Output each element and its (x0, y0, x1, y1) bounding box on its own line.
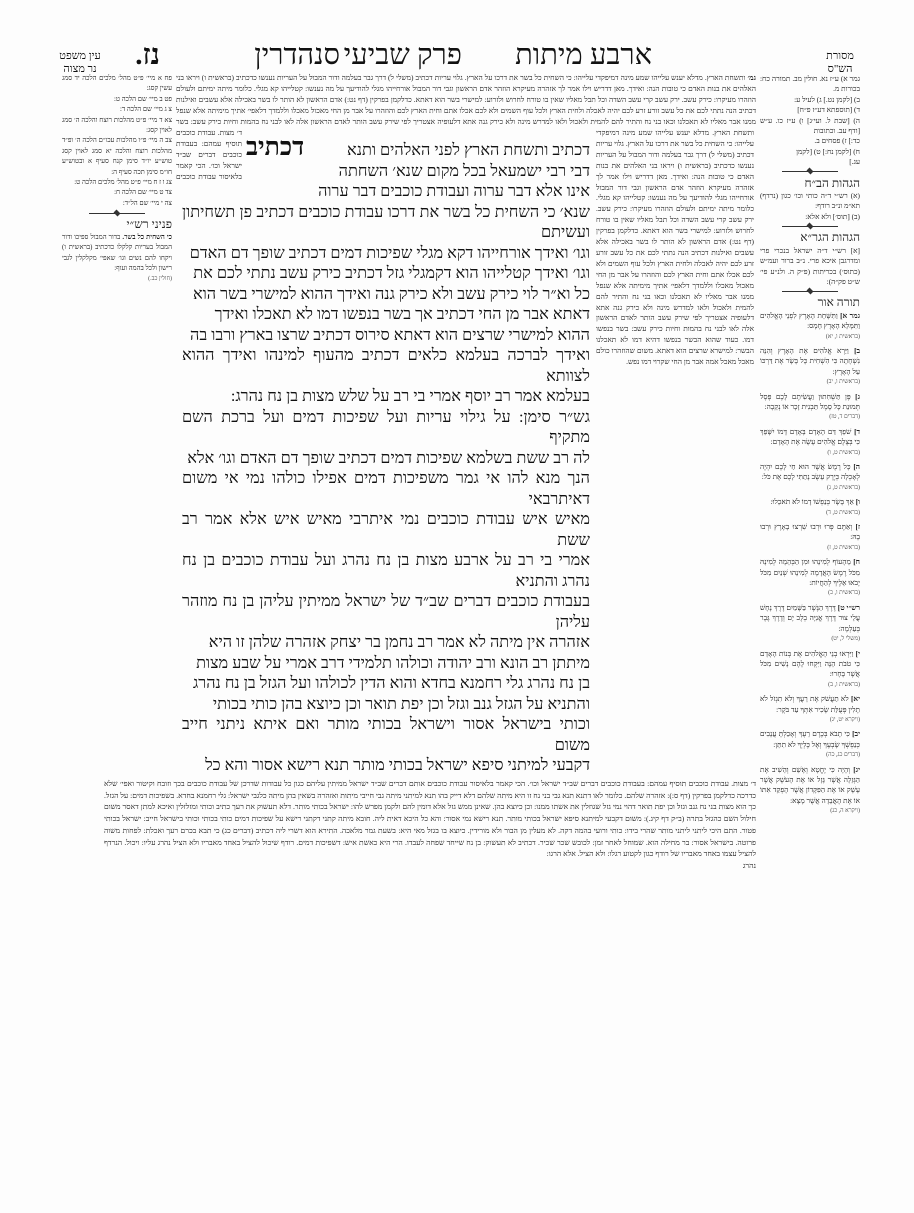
masoret-line: ב) [לקמן נט.] ג) לעיל ע: (760, 95, 860, 105)
torah-or-ref: (בראשית ו, יא) (760, 332, 860, 342)
torah-or-verse: שֹׁפֵךְ דַּם הָאָדָם בָּאָדָם דָּמוֹ יִש… (760, 427, 860, 446)
gemara-line: דקבעי למיתני סיפא ישראל בכותי מותר תנא ר… (182, 755, 590, 772)
gemara-line: בן נח נהרג גלי רחמנא בחדא והוא הדין לכול… (182, 673, 590, 694)
masoret-line: ה) [שבת ל. ועי׳ג] ו) ע״ז כו. ע״ש [ודף עב… (760, 116, 860, 137)
hagahot-item: (א) רש״י ד״ה כותי וכו׳ כגון (נרדף) תא״מ … (760, 191, 860, 212)
gemara-line: דאתא אבר מן החי דכתיב אך בשר בנפשו דמו ל… (182, 304, 590, 325)
gemara-line: ההוא למישרי שרצים הוא דאתא סירוס דכתיב ש… (182, 325, 590, 346)
torah-or-label: ג] (855, 392, 860, 401)
gemara-line: לה רב ששת בשלמא שפיכות דמים דכתיב שופך ד… (182, 448, 590, 469)
folio-number: נז. (135, 38, 160, 72)
ornament-divider (760, 287, 860, 295)
torah-or-verse: אַךְ בָּשָׂר בְּנַפְשׁוֹ דָמוֹ לֹא תֹאכֵ… (771, 497, 854, 506)
rashi-bottom-end-word: נהרג (104, 860, 756, 872)
torah-or-ref: (משלי ל, יט) (760, 634, 860, 644)
torah-or-ref: (בראשית ו, יב) (760, 377, 860, 387)
ornament-divider (760, 222, 860, 230)
gemara-line: כל וא״ר לוי כירק עשב ולא כירק גנה ואידך … (182, 284, 590, 305)
gemara-line: שנא׳ כי השחית כל בשר את דרכו עבודת כוכבי… (182, 202, 590, 243)
pninei-rashi: פניני רש״י כי השחית כל בשר. בדור המבול ס… (62, 219, 172, 284)
ein-mishpat-entry: צב ה מיי׳ פ״ו מהלכות עכו״ם הלכה ה׳ ופ״ד … (62, 136, 172, 178)
ein-mishpat-title-line1: עין משפט (48, 50, 112, 63)
gemara-line: הנך מנא להו אי גמר משפיכות דמים אפילו כו… (182, 468, 590, 509)
torah-or-ref: (בראשית ט, ז) (760, 543, 860, 553)
torah-or-label: ד] (854, 427, 860, 436)
torah-or-item: ג] פֶּן תַּשְׁחִתוּן וַעֲשִׂיתֶם לָכֶם פ… (760, 392, 860, 423)
hagahot-item: (ב) [תוס׳] ולא אלא: (760, 212, 860, 222)
rashi-bottom-commentary: ד׳ מצות. עבודת כוכבים תוסיף עמהם: בעבודת… (104, 778, 756, 1150)
torah-or-item: ה] כָּל רֶמֶשׂ אֲשֶׁר הוּא חַי לָכֶם יִה… (760, 462, 860, 493)
torah-or-ref: (ויקרא ה, כג) (760, 806, 860, 816)
right-margin-column: גמר א) ע״ז נא. חולין מב. תמורה כח: בכורו… (760, 74, 860, 1114)
torah-or-ref: (דברים ד, טז) (760, 412, 860, 422)
torah-or-title: תורה אור (760, 297, 860, 307)
torah-or-ref: (ויקרא יט, יג) (760, 715, 860, 725)
gemara-opening-word: דכתיב (246, 134, 304, 162)
torah-or-item: רש״י ט] דֶּרֶךְ הַנֶּשֶׁר בַּשָּׁמַיִם ד… (760, 603, 860, 645)
torah-or-verse: לֹא תַעֲשֹׁק אֶת רֵעֲךָ וְלֹא תִגְזֹל לֹ… (760, 694, 860, 713)
torah-or-label: יג] (853, 765, 860, 774)
gemara-line: אינו אלא דבר ערוה ועבודת כוכבים דבר ערוה (182, 181, 590, 202)
gemara-line: והתניא על הגזל גנב וגזל וכן יפת תואר וכן… (182, 694, 590, 715)
chapter-name: ארבע מיתות (515, 38, 652, 72)
ein-mishpat-entry: פח א מיי׳ פ״ט מהל׳ מלכים הלכה יד סמג עשי… (62, 74, 172, 95)
masoret-title-line1: מסורת (810, 50, 870, 63)
torah-or-ref: (בראשית ט, ד) (760, 508, 860, 518)
torah-or-ref: (בראשית ו, כ) (760, 588, 860, 598)
torah-or-label: ב] (854, 346, 860, 355)
torah-or: תורה אור גמר א] וַתִּשָּׁחֵת הָאָרֶץ לִפ… (760, 297, 860, 816)
right-margin-title: מסורת הש"ס (810, 50, 870, 76)
ornament-divider (760, 168, 860, 176)
gemara-line: דבי רבי ישמעאל בכל מקום שנא׳ השחתה (182, 161, 590, 182)
masoret-line: גמר א) ע״ז נא. חולין מב. תמורה כח: בכורו… (760, 74, 860, 95)
tractate-name: סנהדרין (254, 38, 340, 72)
masoret-hashas: גמר א) ע״ז נא. חולין מב. תמורה כח: בכורו… (760, 74, 860, 168)
gemara-line: וגו׳ ואידך קטלייהו הוא דקמגלי גזל דכתיב … (182, 263, 590, 284)
torah-or-ref: (דברים כג, כה) (760, 750, 860, 760)
torah-or-label: י] (856, 649, 860, 658)
gemara-lines: דכתיב ותשחת הארץ לפני האלהים ותנאדבי רבי… (182, 140, 590, 772)
torah-or-verse: וְאַתֶּם פְּרוּ וּרְבוּ שִׁרְצוּ בָאָרֶץ… (760, 522, 860, 541)
gemara-line: בעבודת כוכבים דברים שב״ד של ישראל ממיתין… (182, 591, 590, 632)
torah-or-verse: וְהָיָה כִּי יֶחֱטָא וְאָשֵׁם וְהֵשִׁיב … (760, 765, 860, 805)
hagahot-hagra: הגהות הגר״א [א] רש״י ד״ה ישראל בנכרי פרי… (760, 232, 860, 287)
hagahot-hagra-title: הגהות הגר״א (760, 232, 860, 242)
hagahot-habach: הגהות הב״ח (א) רש״י ד״ה כותי וכו׳ כגון (… (760, 178, 860, 223)
pninei-rashi-ref: (חולין כב.) (62, 274, 172, 284)
hagahot-habach-title: הגהות הב״ח (760, 178, 860, 188)
torah-or-label: רש״י ט] (838, 603, 860, 612)
torah-or-item: יא] לֹא תַעֲשֹׁק אֶת רֵעֲךָ וְלֹא תִגְזֹ… (760, 694, 860, 725)
rashi-top-text: ותשחת הארץ. מדלא יענש עלייהו שמע מינה דמ… (176, 73, 756, 125)
torah-or-item: יג] וְהָיָה כִּי יֶחֱטָא וְאָשֵׁם וְהֵשִ… (760, 765, 860, 817)
torah-or-item: ח] מֵהָעוֹף לְמִינֵהוּ וּמִן הַבְּהֵמָה … (760, 557, 860, 599)
torah-or-label: ז] (856, 522, 860, 531)
gemara-line: אמרי בי רב על ארבע מצות בן נח נהרג ועל ע… (182, 550, 590, 591)
pninei-rashi-lead: כי השחית כל בשר. (122, 234, 172, 241)
torah-or-verse: כִּי תָבֹא בְּכֶרֶם רֵעֶךָ וְאָכַלְתָּ ע… (760, 729, 860, 748)
torah-or-label: ו] (856, 497, 860, 506)
torah-or-label: ח] (853, 557, 860, 566)
torah-or-verse: וַיַּרְא אֱלֹהִים אֶת הָאָרֶץ וְהִנֵּה נ… (760, 346, 860, 376)
left-margin-column: פח א מיי׳ פ״ט מהל׳ מלכים הלכה יד סמג עשי… (62, 74, 172, 394)
ein-mishpat-entry: פט ב מיי׳ שם הלכה ט: (62, 95, 172, 105)
torah-or-label: יב] (852, 729, 860, 738)
rashi-side-column: ותשחת הארץ. מדלא יענש עלייהו שמע מינה דמ… (596, 128, 754, 768)
torah-or-ref: (בראשית ו, ב) (760, 680, 860, 690)
masoret-line: עג.] (760, 157, 860, 167)
torah-or-verse: מֵהָעוֹף לְמִינֵהוּ וּמִן הַבְּהֵמָה לְמ… (760, 557, 860, 587)
torah-or-item: ב] וַיַּרְא אֱלֹהִים אֶת הָאָרֶץ וְהִנֵּ… (760, 346, 860, 388)
ein-mishpat: פח א מיי׳ פ״ט מהל׳ מלכים הלכה יד סמג עשי… (62, 74, 172, 209)
ein-mishpat-entry: צא ד מיי׳ פ״ט מהלכות רוצח והלכה ה׳ סמג ל… (62, 116, 172, 137)
ein-mishpat-entry: צה י מיי׳ שם הל״ד: (62, 199, 172, 209)
gemara-line: דכתיב ותשחת הארץ לפני האלהים ותנא (182, 140, 590, 161)
torah-or-item: י] וַיִּרְאוּ בְנֵי הָאֱלֹהִים אֶת בְּנו… (760, 649, 860, 691)
gemara-line: מאיש איש עבודת כוכבים נמי איתרבי מאיש אי… (182, 509, 590, 550)
masoret-line: ח) [לקמן נח:] ט) [לקמן (760, 147, 860, 157)
torah-or-verse: כָּל רֶמֶשׂ אֲשֶׁר הוּא חַי לָכֶם יִהְיֶ… (760, 462, 860, 481)
left-margin-title: עין משפט נר מצוה (48, 50, 112, 76)
torah-or-item: ז] וְאַתֶּם פְּרוּ וּרְבוּ שִׁרְצוּ בָאָ… (760, 522, 860, 553)
ein-mishpat-entry: צד ט מיי׳ שם הלכה ח: (62, 188, 172, 198)
torah-or-item: ד] שֹׁפֵךְ דַּם הָאָדָם בָּאָדָם דָּמוֹ … (760, 427, 860, 458)
gemara-line: וגו׳ ואידך אורחייהו דקא מגלי שפיכות דמים… (182, 243, 590, 264)
gemara-line: ואידך לברכה בעלמא כלאים דכתיב מהעוף למינ… (182, 345, 590, 386)
rashi-top-commentary: גמ׳ ותשחת הארץ. מדלא יענש עלייהו שמע מינ… (176, 73, 756, 125)
torah-or-item: גמר א] וַתִּשָּׁחֵת הָאָרֶץ לִפְנֵי הָאֱ… (760, 311, 860, 342)
torah-or-item: ו] אַךְ בָּשָׂר בְּנַפְשׁוֹ דָמוֹ לֹא תֹ… (760, 497, 860, 518)
pninei-rashi-title: פניני רש״י (62, 219, 172, 229)
torah-or-label: יא] (851, 694, 860, 703)
ein-mishpat-entry: צג ו ז ח מיי׳ פ״ט מהל׳ מלכים הלכה ט: (62, 178, 172, 188)
torah-or-ref: (בראשית ט, ג) (760, 483, 860, 493)
rashi-side-text: ותשחת הארץ. מדלא יענש עלייהו שמע מינה דמ… (596, 128, 754, 368)
masoret-line: ד) [תוספתא דע״ז פ״ח] (760, 105, 860, 115)
gemara-line: בעלמא אמר רב יוסף אמרי בי רב על שלש מצות… (182, 386, 590, 407)
gemara-line: וכותי בישראל אסור וישראל בכותי מותר ואם … (182, 714, 590, 755)
torah-or-item: יב] כִּי תָבֹא בְּכֶרֶם רֵעֶךָ וְאָכַלְת… (760, 729, 860, 760)
masoret-line: כד:] ז) פסחים ב. (760, 136, 860, 146)
ein-mishpat-entry: צ ג מיי׳ שם הלכה ד: (62, 105, 172, 115)
ornament-divider (62, 209, 172, 217)
torah-or-verse: פֶּן תַּשְׁחִתוּן וַעֲשִׂיתֶם לָכֶם פֶּס… (760, 392, 860, 411)
chapter-number: פרק שביעי (344, 38, 462, 72)
torah-or-label: ה] (853, 462, 860, 471)
gemara-text: דכתיב ותשחת הארץ לפני האלהים ותנאדבי רבי… (182, 140, 590, 772)
hagahot-item: [א] רש״י ד״ה ישראל בנכרי פרי ומדרגבן איכ… (760, 246, 860, 288)
gemara-line: אזהרה אין מיתה לא אמר רב נחמן בר יצחק אז… (182, 632, 590, 653)
gemara-line: מיתתן רב הונא ורב יהודה וכולהו תלמידי דר… (182, 653, 590, 674)
gemara-line: גש״ר סימן: על גילוי עריות ועל שפיכות דמי… (182, 407, 590, 448)
torah-or-list: גמר א] וַתִּשָּׁחֵת הָאָרֶץ לִפְנֵי הָאֱ… (760, 311, 860, 817)
torah-or-ref: (בראשית ט, ו) (760, 448, 860, 458)
torah-or-verse: וַיִּרְאוּ בְנֵי הָאֱלֹהִים אֶת בְּנוֹת … (760, 649, 860, 679)
torah-or-label: גמר א] (840, 311, 860, 320)
rashi-lead-word: גמ׳ (747, 73, 756, 82)
rashi-bottom-text: ד׳ מצות. עבודת כוכבים תוסיף עמהם: בעבודת… (104, 778, 756, 860)
